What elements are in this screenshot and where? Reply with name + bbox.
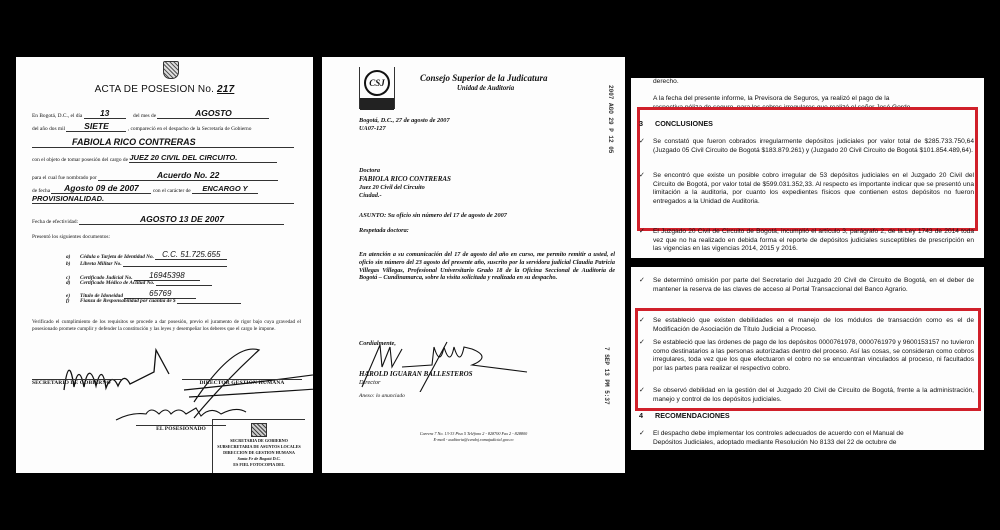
bogota-coat-of-arms-icon	[163, 61, 179, 79]
finding-item: Se observó debilidad en la gestión del e…	[653, 387, 974, 404]
acta-position: JUEZ 20 CIVIL DEL CIRCUITO.	[129, 153, 277, 163]
director-signature-label: DIRECTOR GESTION HUMANA	[182, 379, 302, 386]
check-icon: ✓	[639, 339, 645, 348]
document-item: a)Cédula o Tarjeta de Identidad No. C.C.…	[66, 250, 227, 260]
letter-date: Bogotá, D.C., 27 de agosto de 2007	[359, 117, 450, 124]
conclusion-item: Se constató que fueron cobrados irregula…	[653, 138, 974, 155]
acta-day: 13	[84, 108, 126, 119]
secretary-signature-label: SECRETARIO DE GOBIERNO	[32, 379, 122, 386]
check-icon: ✓	[639, 138, 645, 147]
check-icon: ✓	[639, 317, 645, 326]
certification-stamp: SECRETARIA DE GOBIERNO SUBSECRETARIA DE …	[212, 419, 305, 473]
acta-row-name: FABIOLA RICO CONTRERAS	[32, 137, 303, 148]
csj-logo-icon: CSJ	[359, 67, 395, 109]
letter-org: Consejo Superior de la Judicatura	[420, 73, 548, 83]
letter-subject: ASUNTO: Su oficio sin número del 17 de a…	[359, 212, 507, 219]
audit-report-conclusions: derecho. A la fecha del presente informe…	[631, 78, 984, 258]
finding-item: Se estableció que existen debilidades en…	[653, 317, 974, 334]
conclusion-item: Se encontró que existe un posible cobro …	[653, 172, 974, 206]
acta-row-day: En Bogotá, D.C., el día 13 del mes de AG…	[32, 108, 303, 119]
audit-report-findings: ✓ Se determinó omisión por parte del Sec…	[631, 267, 984, 450]
document-item: d)Certificado Médico de Actitud No.	[66, 280, 212, 286]
letter-body: En atención a su comunicación del 17 de …	[359, 251, 615, 282]
letter-signer: HAROLD IGUARAN BALLESTEROS	[359, 370, 473, 378]
document-item: b)Libreta Militar No.	[66, 261, 227, 267]
acta-effective-date: AGOSTO 13 DE 2007	[79, 214, 284, 225]
stamp-seal-icon	[251, 423, 267, 437]
acta-month: AGOSTO	[157, 108, 269, 119]
check-icon: ✓	[639, 387, 645, 396]
check-icon: ✓	[639, 172, 645, 181]
section-recommendations-heading: 4RECOMENDACIONES	[639, 412, 730, 421]
acta-title: ACTA DE POSESION No. 217	[16, 84, 313, 95]
acta-posesion-document: ACTA DE POSESION No. 217 En Bogotá, D.C.…	[16, 57, 313, 473]
acta-row-effective: Fecha de efectividad: AGOSTO 13 DE 2007	[32, 214, 303, 225]
received-stamp-bottom: 7 SEP 13 PM 5:37	[603, 347, 610, 405]
acta-appointment-date: Agosto 09 de 2007	[51, 183, 151, 194]
acta-name: FABIOLA RICO CONTRERAS	[32, 137, 294, 148]
csj-letter-document: CSJ Consejo Superior de la Judicatura Un…	[322, 57, 625, 473]
acta-row-date: de fecha Agosto 09 de 2007 con el caráct…	[32, 183, 303, 194]
conclusion-item: El Juzgado 20 Civil de Circuito de Bogot…	[653, 228, 974, 258]
section-conclusions-heading: 3CONCLUSIONES	[639, 120, 713, 129]
letter-unit: Unidad de Auditoría	[457, 85, 514, 92]
document-item: f)Fianza de Responsabilidad por cuantía …	[66, 298, 241, 304]
acta-appointed-by: Acuerdo No. 22	[98, 170, 278, 181]
check-icon: ✓	[639, 277, 645, 286]
acta-year: SIETE	[66, 121, 126, 132]
acta-row-position: con el objeto de tomar posesión del carg…	[32, 153, 303, 163]
letter-ref: UA07-127	[359, 125, 386, 132]
acta-row-appointed: para el cual fue nombrado por Acuerdo No…	[32, 170, 303, 181]
letter-recipient-name: FABIOLA RICO CONTRERAS	[359, 175, 451, 183]
check-icon: ✓	[639, 228, 645, 237]
letter-footer: Carrera 7 No. 13-33 Piso 5 Teléfono 2 - …	[322, 431, 625, 443]
acta-number: 217	[217, 84, 234, 95]
check-icon: ✓	[639, 430, 645, 439]
acta-closing-text: Verificado el cumplimiento de los requis…	[32, 319, 301, 332]
finding-item: Se estableció que las órdenes de pago de…	[653, 339, 974, 373]
acta-row-year: del año dos mil SIETE , compareció en el…	[32, 121, 303, 132]
acta-row-character: PROVISIONALIDAD.	[32, 194, 303, 204]
recommendation-item: El despacho debe implementar los control…	[653, 430, 974, 439]
received-stamp-top: 2007 AGO 29 P 12 05	[607, 85, 614, 153]
finding-item: Se determinó omisión por parte del Secre…	[653, 277, 974, 294]
